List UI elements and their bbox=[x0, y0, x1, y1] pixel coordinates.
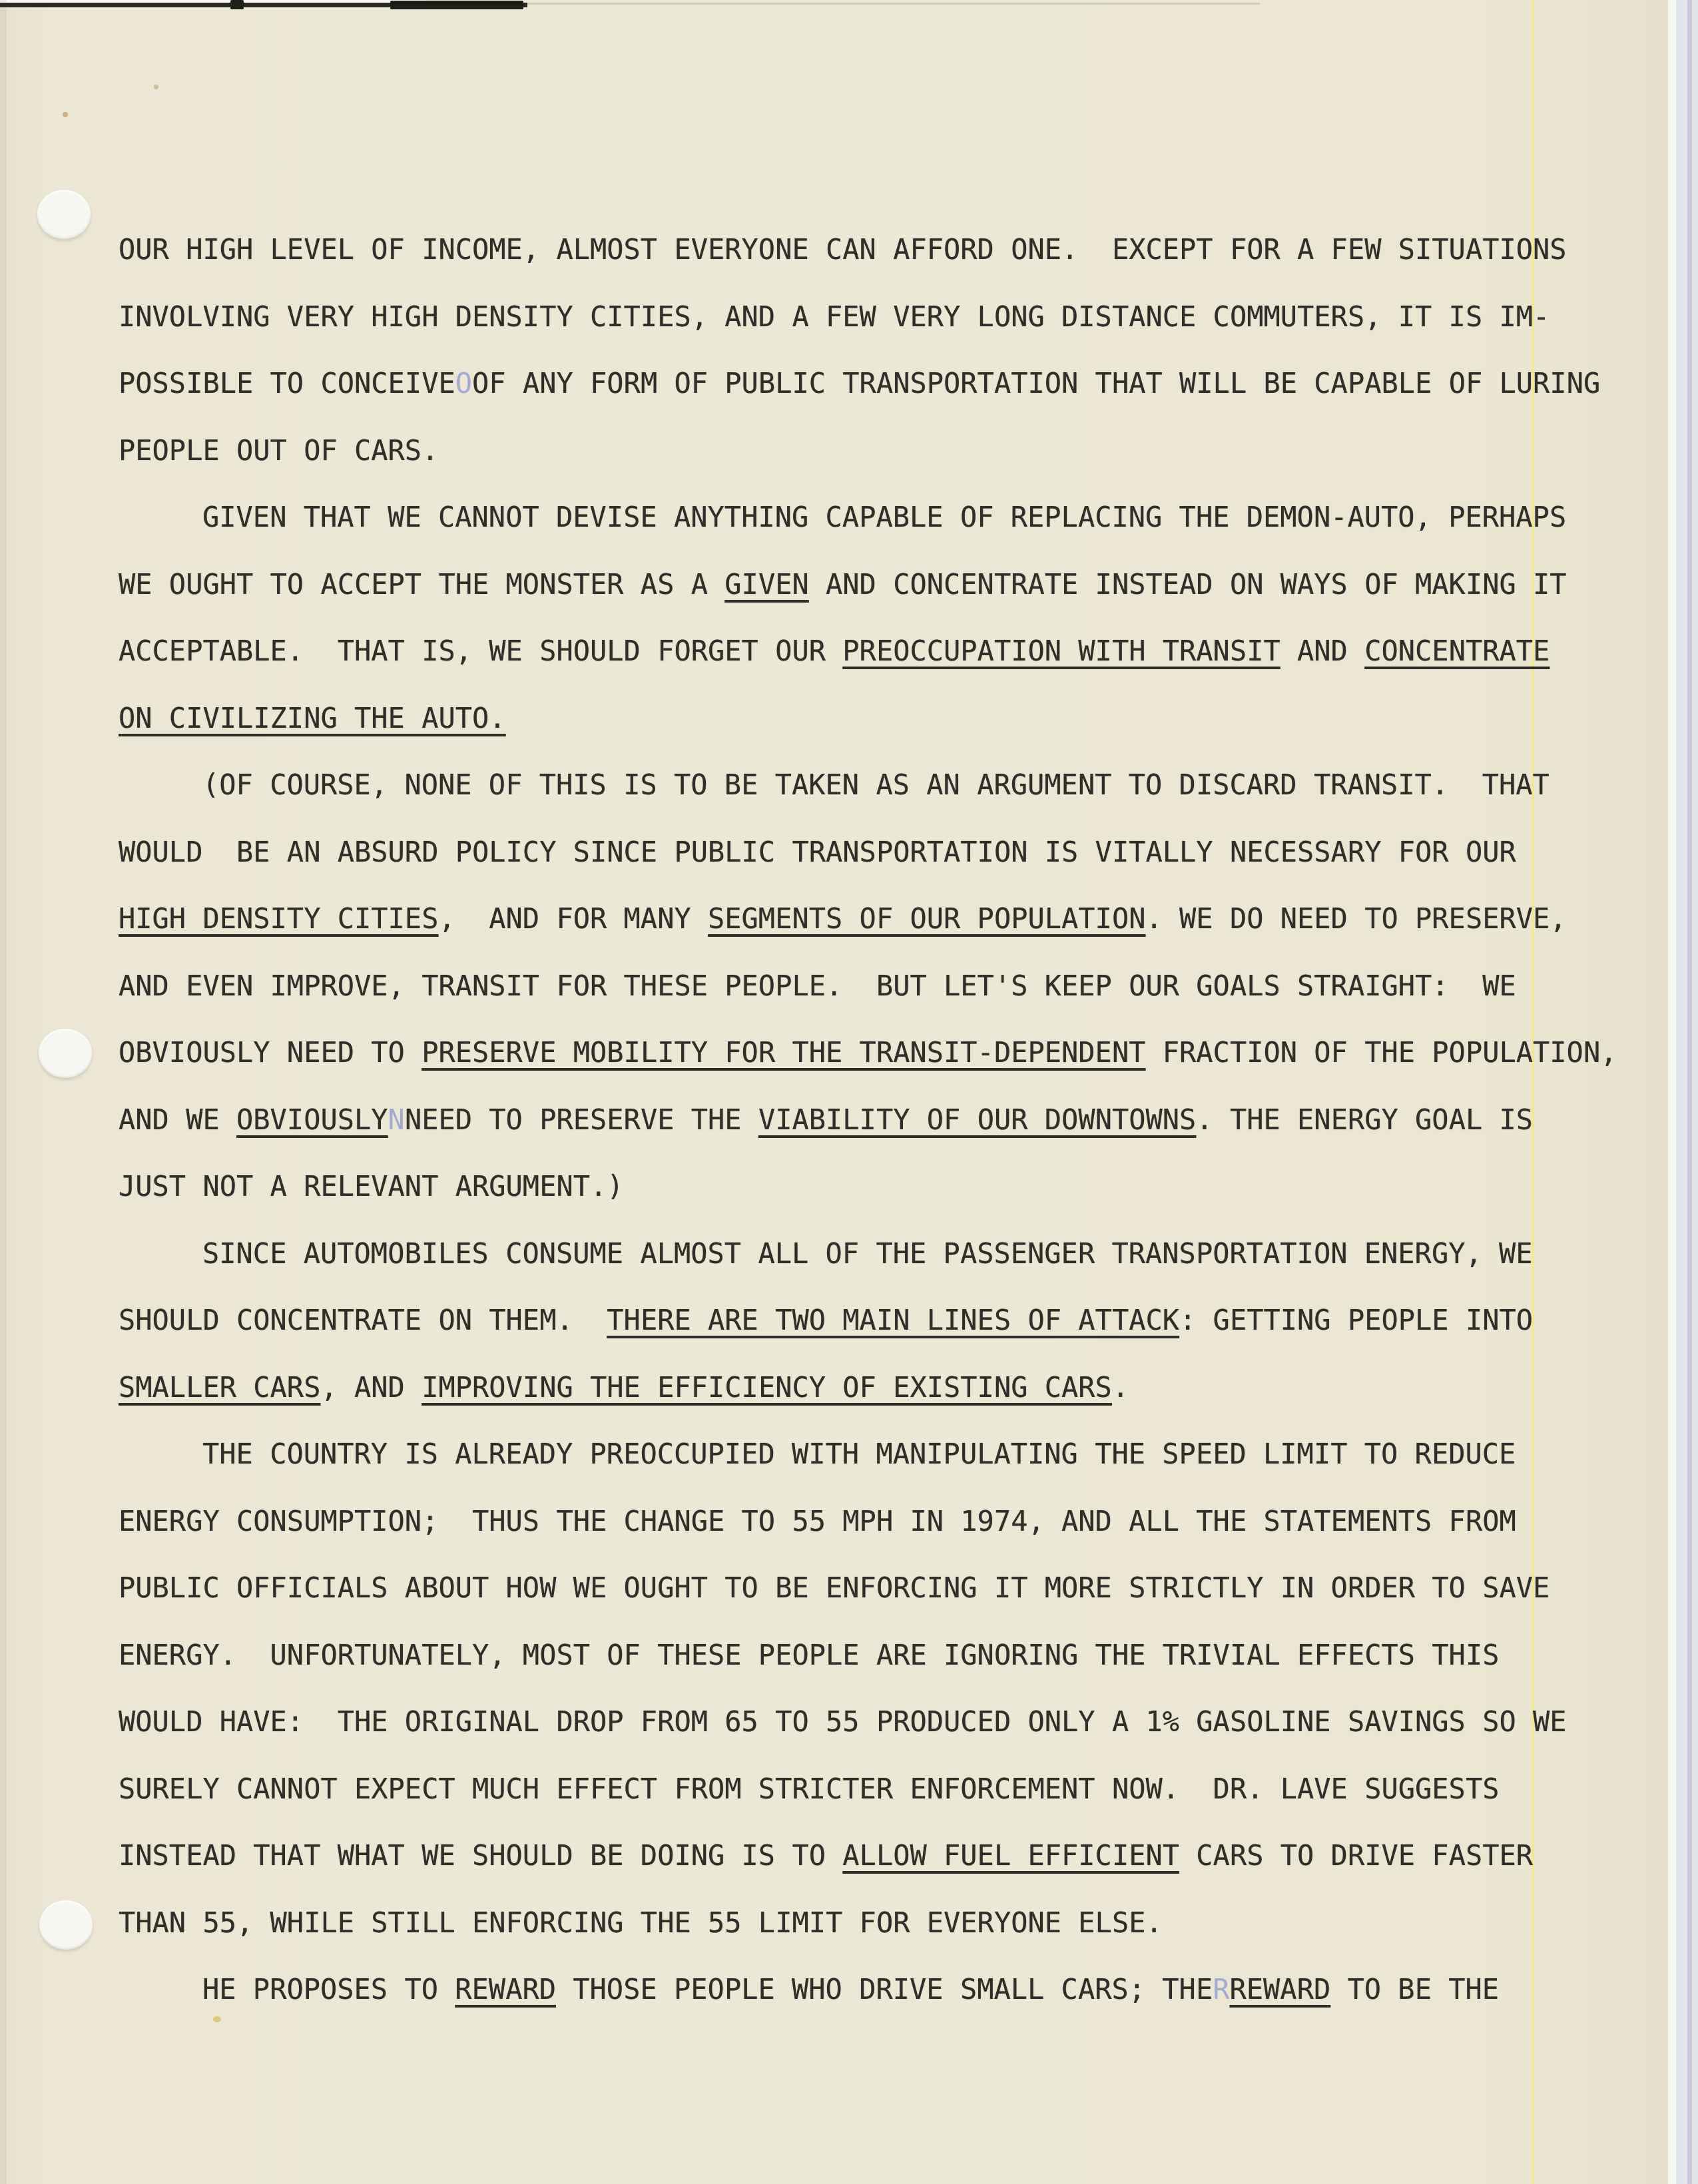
text-segment: SURELY CANNOT EXPECT MUCH EFFECT FROM ST… bbox=[119, 1773, 1499, 1805]
text-line: SMALLER CARS, AND IMPROVING THE EFFICIEN… bbox=[0, 1354, 1698, 1422]
text-segment: OBVIOUSLY NEED TO bbox=[119, 1036, 422, 1069]
scanned-typewritten-page: { "page": { "paper_color": "#ece8d6", "i… bbox=[0, 0, 1698, 2184]
underlined-text: GIVEN bbox=[724, 568, 808, 601]
text-segment: THOSE PEOPLE WHO DRIVE SMALL CARS; THE bbox=[556, 1973, 1213, 2006]
text-segment: NEED TO PRESERVE THE bbox=[405, 1103, 758, 1136]
text-segment: ACCEPTABLE. THAT IS, WE SHOULD FORGET OU… bbox=[119, 635, 842, 667]
underlined-text: VIABILITY OF OUR DOWNTOWNS bbox=[758, 1103, 1196, 1136]
underlined-text: SEGMENTS OF OUR POPULATION bbox=[708, 902, 1145, 935]
text-segment: SINCE AUTOMOBILES CONSUME ALMOST ALL OF … bbox=[202, 1237, 1533, 1270]
underlined-text: HIGH DENSITY CITIES bbox=[119, 902, 438, 935]
underlined-text: REWARD bbox=[455, 1973, 556, 2006]
text-segment: . THE ENERGY GOAL IS bbox=[1196, 1103, 1533, 1136]
text-line: OUR HIGH LEVEL OF INCOME, ALMOST EVERYON… bbox=[0, 216, 1698, 284]
underlined-text: REWARD bbox=[1229, 1973, 1330, 2006]
text-line: OBVIOUSLY NEED TO PRESERVE MOBILITY FOR … bbox=[0, 1019, 1698, 1087]
text-segment: HE PROPOSES TO bbox=[202, 1973, 455, 2006]
text-line: SINCE AUTOMOBILES CONSUME ALMOST ALL OF … bbox=[0, 1221, 1698, 1288]
text-segment: OF ANY FORM OF PUBLIC TRANSPORTATION THA… bbox=[472, 367, 1600, 400]
hole-punch-top bbox=[37, 190, 91, 239]
underlined-text: ALLOW FUEL EFFICIENT bbox=[842, 1839, 1179, 1872]
text-segment: AND bbox=[1280, 635, 1364, 667]
text-line: WE OUGHT TO ACCEPT THE MONSTER AS A GIVE… bbox=[0, 551, 1698, 619]
underlined-text: IMPROVING THE EFFICIENCY OF EXISTING CAR… bbox=[422, 1371, 1112, 1404]
text-line: (OF COURSE, NONE OF THIS IS TO BE TAKEN … bbox=[0, 752, 1698, 819]
scan-top-edge-blob bbox=[390, 1, 523, 9]
text-segment: , AND bbox=[320, 1371, 422, 1404]
text-line: ACCEPTABLE. THAT IS, WE SHOULD FORGET OU… bbox=[0, 618, 1698, 685]
text-segment: JUST NOT A RELEVANT ARGUMENT.) bbox=[119, 1170, 624, 1203]
text-segment: POSSIBLE TO CONCEIVE bbox=[119, 367, 455, 400]
text-line: HIGH DENSITY CITIES, AND FOR MANY SEGMEN… bbox=[0, 886, 1698, 953]
text-segment: WOULD BE AN ABSURD POLICY SINCE PUBLIC T… bbox=[119, 836, 1516, 868]
text-segment: AND EVEN IMPROVE, TRANSIT FOR THESE PEOP… bbox=[119, 969, 1516, 1002]
text-segment: GIVEN THAT WE CANNOT DEVISE ANYTHING CAP… bbox=[202, 501, 1566, 533]
text-line: THAN 55, WHILE STILL ENFORCING THE 55 LI… bbox=[0, 1890, 1698, 1957]
text-segment: ENERGY. UNFORTUNATELY, MOST OF THESE PEO… bbox=[119, 1639, 1499, 1671]
paper-speck bbox=[63, 112, 68, 117]
text-segment: INVOLVING VERY HIGH DENSITY CITIES, AND … bbox=[119, 300, 1550, 333]
underlined-text: SMALLER CARS bbox=[119, 1371, 320, 1404]
text-segment: CARS TO DRIVE FASTER bbox=[1179, 1839, 1533, 1872]
underlined-text: CONCENTRATE bbox=[1364, 635, 1550, 667]
text-segment: AND WE bbox=[119, 1103, 236, 1136]
underlined-text: ON CIVILIZING THE AUTO. bbox=[119, 702, 506, 734]
text-segment: INSTEAD THAT WHAT WE SHOULD BE DOING IS … bbox=[119, 1839, 842, 1872]
scan-top-edge-notch bbox=[230, 0, 244, 9]
text-segment: , AND FOR MANY bbox=[438, 902, 708, 935]
text-segment: WOULD HAVE: THE ORIGINAL DROP FROM 65 TO… bbox=[119, 1705, 1567, 1738]
text-segment: OUR HIGH LEVEL OF INCOME, ALMOST EVERYON… bbox=[119, 233, 1567, 266]
text-line: ENERGY. UNFORTUNATELY, MOST OF THESE PEO… bbox=[0, 1622, 1698, 1689]
text-segment: : GETTING PEOPLE INTO bbox=[1179, 1304, 1533, 1336]
text-segment: . bbox=[1112, 1371, 1129, 1404]
text-line: AND WE OBVIOUSLYNNEED TO PRESERVE THE VI… bbox=[0, 1087, 1698, 1154]
underlined-text: PREOCCUPATION WITH TRANSIT bbox=[842, 635, 1280, 667]
text-line: WOULD BE AN ABSURD POLICY SINCE PUBLIC T… bbox=[0, 819, 1698, 886]
text-line: SURELY CANNOT EXPECT MUCH EFFECT FROM ST… bbox=[0, 1756, 1698, 1823]
underlined-text: PRESERVE MOBILITY FOR THE TRANSIT-DEPEND… bbox=[422, 1036, 1145, 1069]
text-line: HE PROPOSES TO REWARD THOSE PEOPLE WHO D… bbox=[0, 1956, 1698, 2024]
underlined-text: THERE ARE TWO MAIN LINES OF ATTACK bbox=[607, 1304, 1179, 1336]
typewritten-text: OUR HIGH LEVEL OF INCOME, ALMOST EVERYON… bbox=[0, 216, 1698, 2024]
text-segment: . WE DO NEED TO PRESERVE, bbox=[1145, 902, 1566, 935]
text-line: PUBLIC OFFICIALS ABOUT HOW WE OUGHT TO B… bbox=[0, 1555, 1698, 1622]
text-line: INVOLVING VERY HIGH DENSITY CITIES, AND … bbox=[0, 284, 1698, 351]
text-segment: THE COUNTRY IS ALREADY PREOCCUPIED WITH … bbox=[202, 1438, 1516, 1470]
text-line: AND EVEN IMPROVE, TRANSIT FOR THESE PEOP… bbox=[0, 953, 1698, 1020]
text-segment: PUBLIC OFFICIALS ABOUT HOW WE OUGHT TO B… bbox=[119, 1571, 1550, 1604]
scan-left-shade bbox=[0, 0, 7, 2184]
scan-top-faint-line bbox=[527, 3, 1260, 5]
hole-punch-bottom bbox=[39, 1900, 93, 1950]
correction-mark: R bbox=[1213, 1973, 1229, 2006]
text-segment: FRACTION OF THE POPULATION, bbox=[1145, 1036, 1617, 1069]
text-segment: WE OUGHT TO ACCEPT THE MONSTER AS A bbox=[119, 568, 724, 601]
text-line: PEOPLE OUT OF CARS. bbox=[0, 417, 1698, 485]
text-segment: (OF COURSE, NONE OF THIS IS TO BE TAKEN … bbox=[202, 768, 1550, 801]
text-line: SHOULD CONCENTRATE ON THEM. THERE ARE TW… bbox=[0, 1287, 1698, 1354]
text-line: GIVEN THAT WE CANNOT DEVISE ANYTHING CAP… bbox=[0, 484, 1698, 551]
text-segment: THAN 55, WHILE STILL ENFORCING THE 55 LI… bbox=[119, 1906, 1163, 1939]
correction-mark: O bbox=[455, 367, 472, 400]
text-segment: SHOULD CONCENTRATE ON THEM. bbox=[119, 1304, 607, 1336]
correction-mark: N bbox=[388, 1103, 405, 1136]
text-segment: ENERGY CONSUMPTION; THUS THE CHANGE TO 5… bbox=[119, 1505, 1516, 1537]
text-line: ENERGY CONSUMPTION; THUS THE CHANGE TO 5… bbox=[0, 1488, 1698, 1555]
text-segment: TO BE THE bbox=[1330, 1973, 1499, 2006]
text-line: THE COUNTRY IS ALREADY PREOCCUPIED WITH … bbox=[0, 1421, 1698, 1488]
underlined-text: OBVIOUSLY bbox=[236, 1103, 388, 1136]
text-line: ON CIVILIZING THE AUTO. bbox=[0, 685, 1698, 752]
text-segment: PEOPLE OUT OF CARS. bbox=[119, 434, 438, 467]
text-line: POSSIBLE TO CONCEIVEOOF ANY FORM OF PUBL… bbox=[0, 350, 1698, 417]
paper-speck bbox=[154, 85, 158, 89]
text-line: JUST NOT A RELEVANT ARGUMENT.) bbox=[0, 1153, 1698, 1221]
text-line: WOULD HAVE: THE ORIGINAL DROP FROM 65 TO… bbox=[0, 1689, 1698, 1756]
text-segment: AND CONCENTRATE INSTEAD ON WAYS OF MAKIN… bbox=[809, 568, 1567, 601]
text-line: INSTEAD THAT WHAT WE SHOULD BE DOING IS … bbox=[0, 1822, 1698, 1890]
hole-punch-middle bbox=[39, 1029, 92, 1078]
